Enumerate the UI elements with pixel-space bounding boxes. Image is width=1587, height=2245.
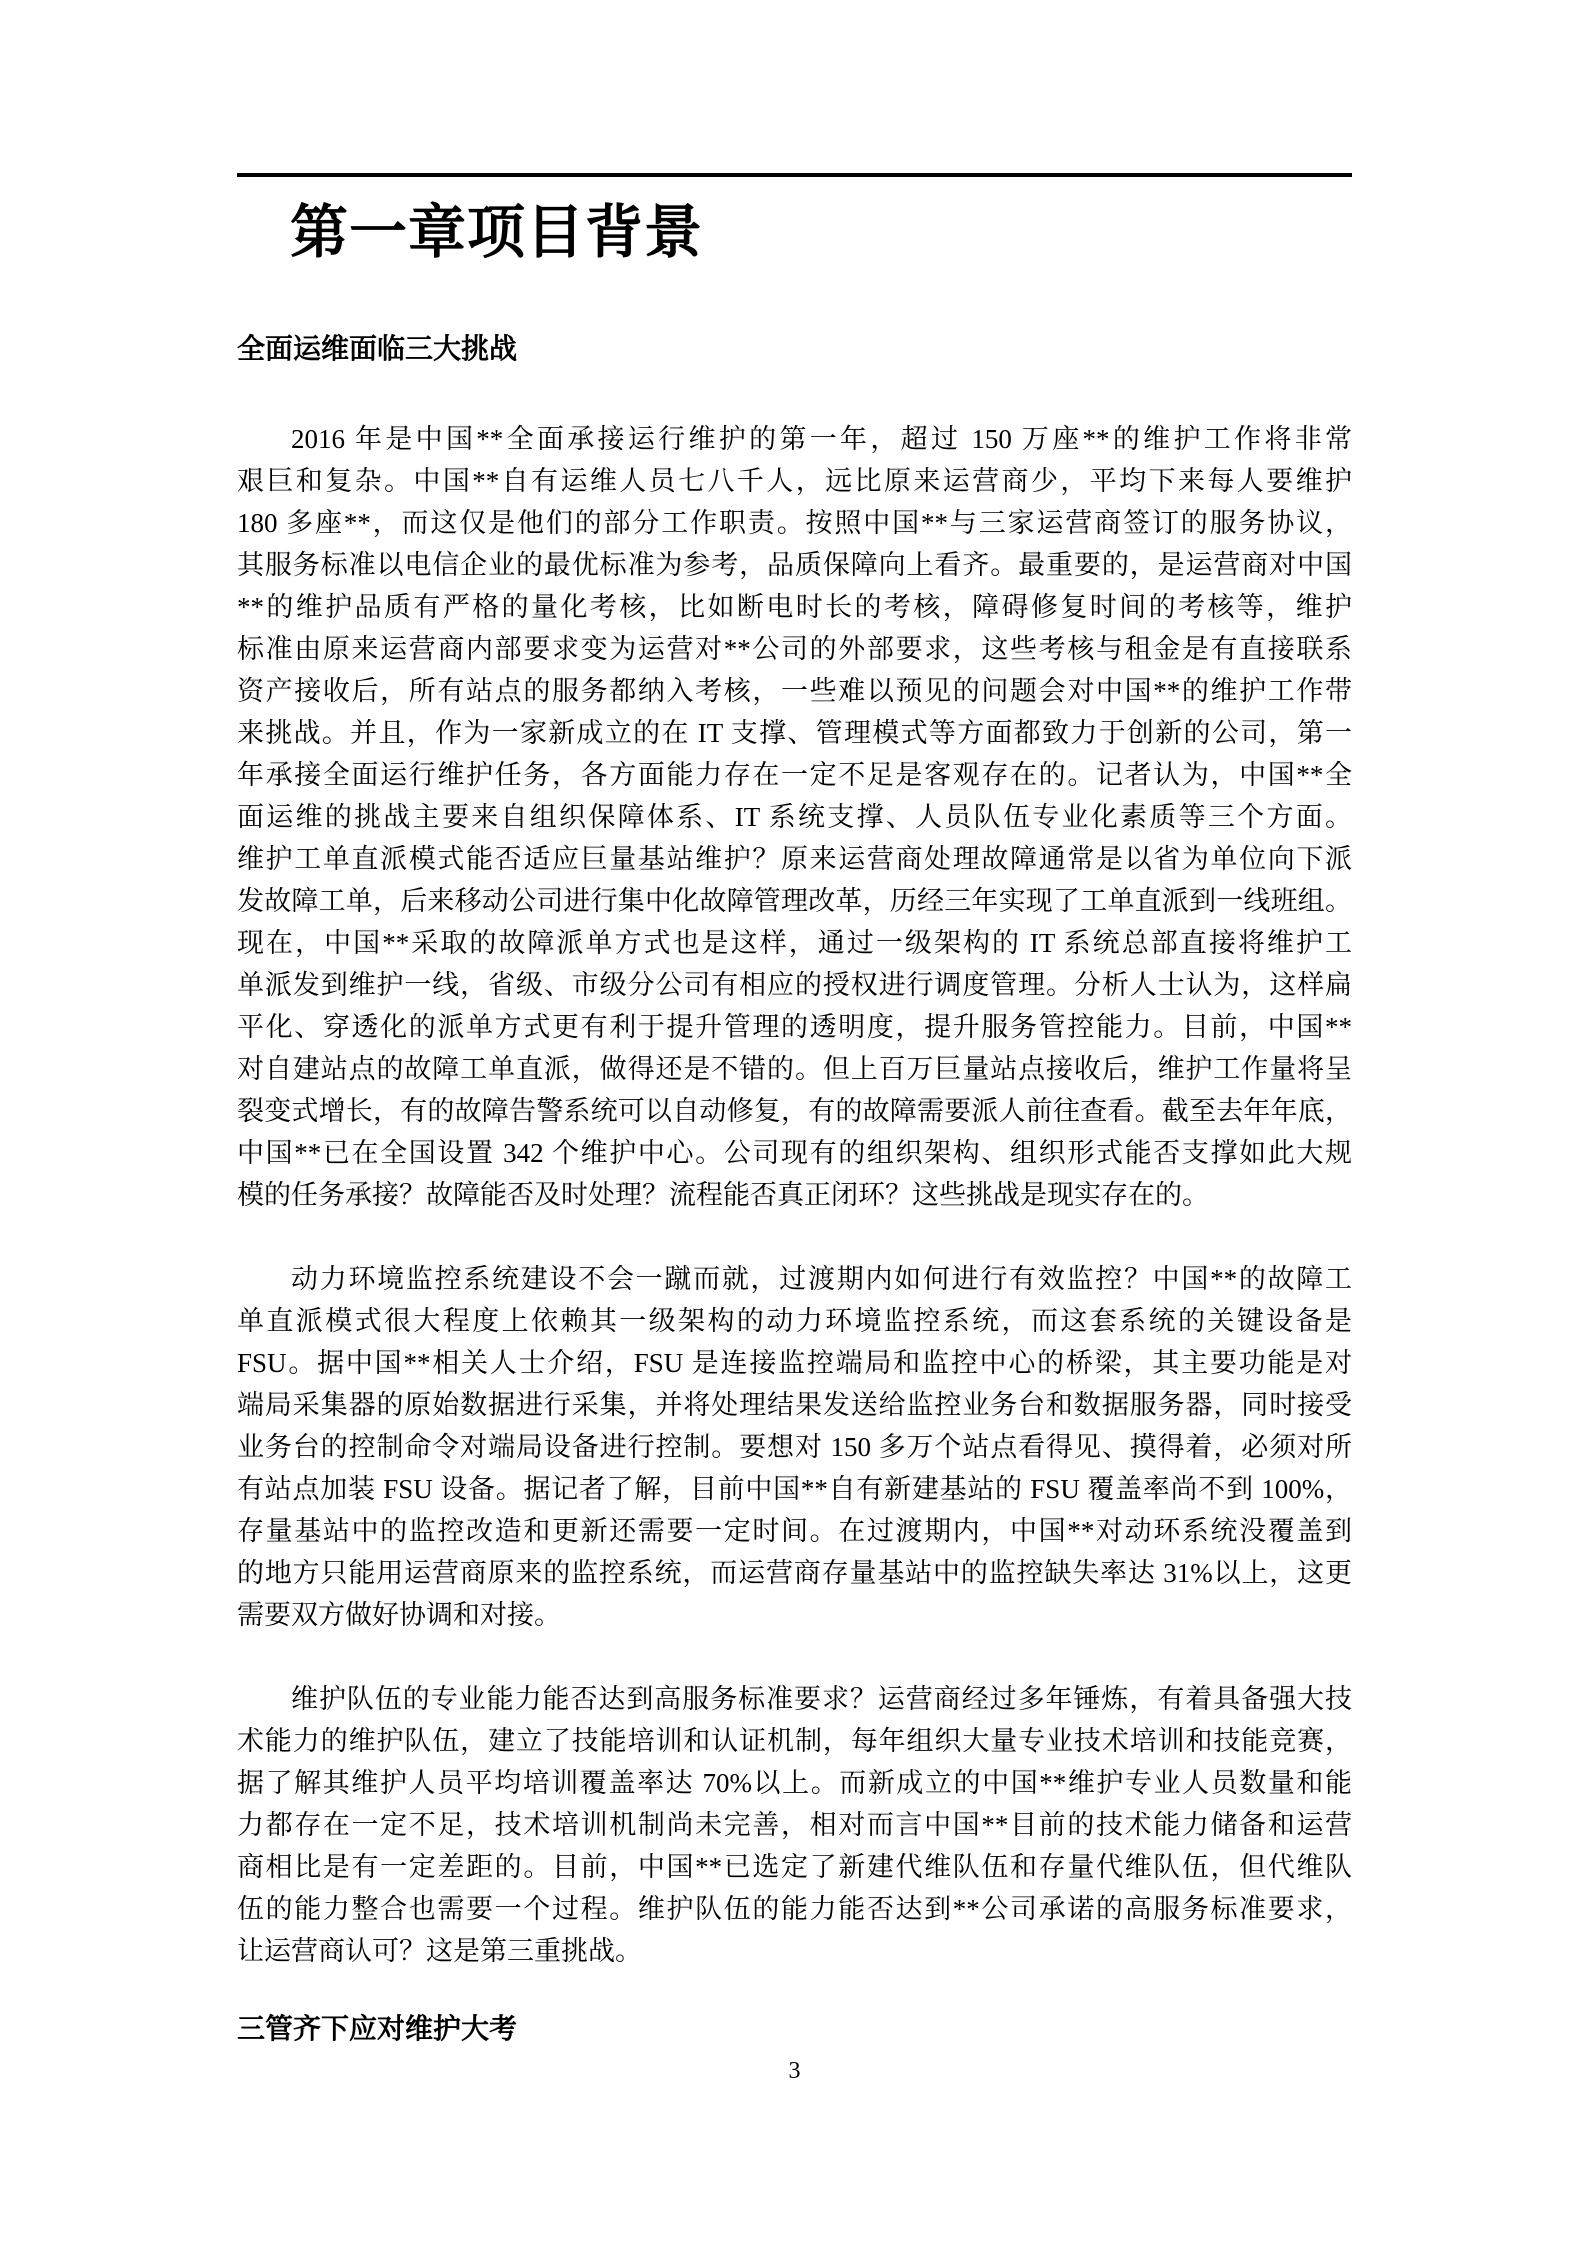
section-heading-challenges: 全面运维面临三大挑战 <box>237 332 1352 368</box>
section-heading-response: 三管齐下应对维护大考 <box>237 2012 1352 2048</box>
text-line: 现在，中国**采取的故障派单方式也是这样，通过一级架构的 IT 系统总部直接将维… <box>237 922 1352 964</box>
body-paragraph: 维护队伍的专业能力能否达到高服务标准要求？运营商经过多年锤炼，有着具备强大技术能… <box>237 1678 1352 1972</box>
text-line: FSU。据中国**相关人士介绍，FSU 是连接监控端局和监控中心的桥梁，其主要功… <box>237 1342 1352 1384</box>
text-line: 2016 年是中国**全面承接运行维护的第一年，超过 150 万座**的维护工作… <box>237 418 1352 460</box>
chapter-title-rule <box>237 173 1352 177</box>
text-line: 其服务标准以电信企业的最优标准为参考，品质保障向上看齐。最重要的，是运营商对中国 <box>237 544 1352 586</box>
text-line: 资产接收后，所有站点的服务都纳入考核，一些难以预见的问题会对中国**的维护工作带 <box>237 670 1352 712</box>
text-line: 存量基站中的监控改造和更新还需要一定时间。在过渡期内，中国**对动环系统没覆盖到 <box>237 1510 1352 1552</box>
text-line: 动力环境监控系统建设不会一蹴而就，过渡期内如何进行有效监控？中国**的故障工 <box>237 1258 1352 1300</box>
text-line: 标准由原来运营商内部要求变为运营对**公司的外部要求，这些考核与租金是有直接联系 <box>237 628 1352 670</box>
text-line: 据了解其维护人员平均培训覆盖率达 70%以上。而新成立的中国**维护专业人员数量… <box>237 1762 1352 1804</box>
text-line: 发故障工单，后来移动公司进行集中化故障管理改革，历经三年实现了工单直派到一线班组… <box>237 880 1352 922</box>
text-line: 180 多座**，而这仅是他们的部分工作职责。按照中国**与三家运营商签订的服务… <box>237 502 1352 544</box>
body-paragraph: 动力环境监控系统建设不会一蹴而就，过渡期内如何进行有效监控？中国**的故障工单直… <box>237 1258 1352 1636</box>
text-line: 平化、穿透化的派单方式更有利于提升管理的透明度，提升服务管控能力。目前，中国** <box>237 1006 1352 1048</box>
body-paragraph: 2016 年是中国**全面承接运行维护的第一年，超过 150 万座**的维护工作… <box>237 418 1352 1216</box>
text-line: 业务台的控制命令对端局设备进行控制。要想对 150 多万个站点看得见、摸得着，必… <box>237 1426 1352 1468</box>
text-line: 的地方只能用运营商原来的监控系统，而运营商存量基站中的监控缺失率达 31%以上，… <box>237 1552 1352 1594</box>
text-line: 有站点加装 FSU 设备。据记者了解，目前中国**自有新建基站的 FSU 覆盖率… <box>237 1468 1352 1510</box>
text-line: 单派发到维护一线，省级、市级分公司有相应的授权进行调度管理。分析人士认为，这样扁 <box>237 964 1352 1006</box>
text-line: 让运营商认可？这是第三重挑战。 <box>237 1930 1352 1972</box>
page-number: 3 <box>237 2054 1352 2088</box>
text-line: 伍的能力整合也需要一个过程。维护队伍的能力能否达到**公司承诺的高服务标准要求， <box>237 1888 1352 1930</box>
text-line: 模的任务承接？故障能否及时处理？流程能否真正闭环？这些挑战是现实存在的。 <box>237 1174 1352 1216</box>
chapter-title: 第一章项目背景 <box>290 196 703 270</box>
text-line: 力都存在一定不足，技术培训机制尚未完善，相对而言中国**目前的技术能力储备和运营 <box>237 1804 1352 1846</box>
text-line: 商相比是有一定差距的。目前，中国**已选定了新建代维队伍和存量代维队伍，但代维队 <box>237 1846 1352 1888</box>
text-line: 中国**已在全国设置 342 个维护中心。公司现有的组织架构、组织形式能否支撑如… <box>237 1132 1352 1174</box>
text-line: 端局采集器的原始数据进行采集，并将处理结果发送给监控业务台和数据服务器，同时接受 <box>237 1384 1352 1426</box>
text-line: 对自建站点的故障工单直派，做得还是不错的。但上百万巨量站点接收后，维护工作量将呈 <box>237 1048 1352 1090</box>
text-line: 艰巨和复杂。中国**自有运维人员七八千人，远比原来运营商少，平均下来每人要维护 <box>237 460 1352 502</box>
text-line: 维护工单直派模式能否适应巨量基站维护？原来运营商处理故障通常是以省为单位向下派 <box>237 838 1352 880</box>
text-line: 单直派模式很大程度上依赖其一级架构的动力环境监控系统，而这套系统的关键设备是 <box>237 1300 1352 1342</box>
text-line: 维护队伍的专业能力能否达到高服务标准要求？运营商经过多年锤炼，有着具备强大技 <box>237 1678 1352 1720</box>
text-line: 术能力的维护队伍，建立了技能培训和认证机制，每年组织大量专业技术培训和技能竞赛， <box>237 1720 1352 1762</box>
document-page: 第一章项目背景 全面运维面临三大挑战 2016 年是中国**全面承接运行维护的第… <box>0 0 1587 2245</box>
text-line: 面运维的挑战主要来自组织保障体系、IT 系统支撑、人员队伍专业化素质等三个方面。 <box>237 796 1352 838</box>
text-line: **的维护品质有严格的量化考核，比如断电时长的考核，障碍修复时间的考核等，维护 <box>237 586 1352 628</box>
text-line: 年承接全面运行维护任务，各方面能力存在一定不足是客观存在的。记者认为，中国**全 <box>237 754 1352 796</box>
text-line: 需要双方做好协调和对接。 <box>237 1594 1352 1636</box>
text-line: 裂变式增长，有的故障告警系统可以自动修复，有的故障需要派人前往查看。截至去年年底… <box>237 1090 1352 1132</box>
text-line: 来挑战。并且，作为一家新成立的在 IT 支撑、管理模式等方面都致力于创新的公司，… <box>237 712 1352 754</box>
